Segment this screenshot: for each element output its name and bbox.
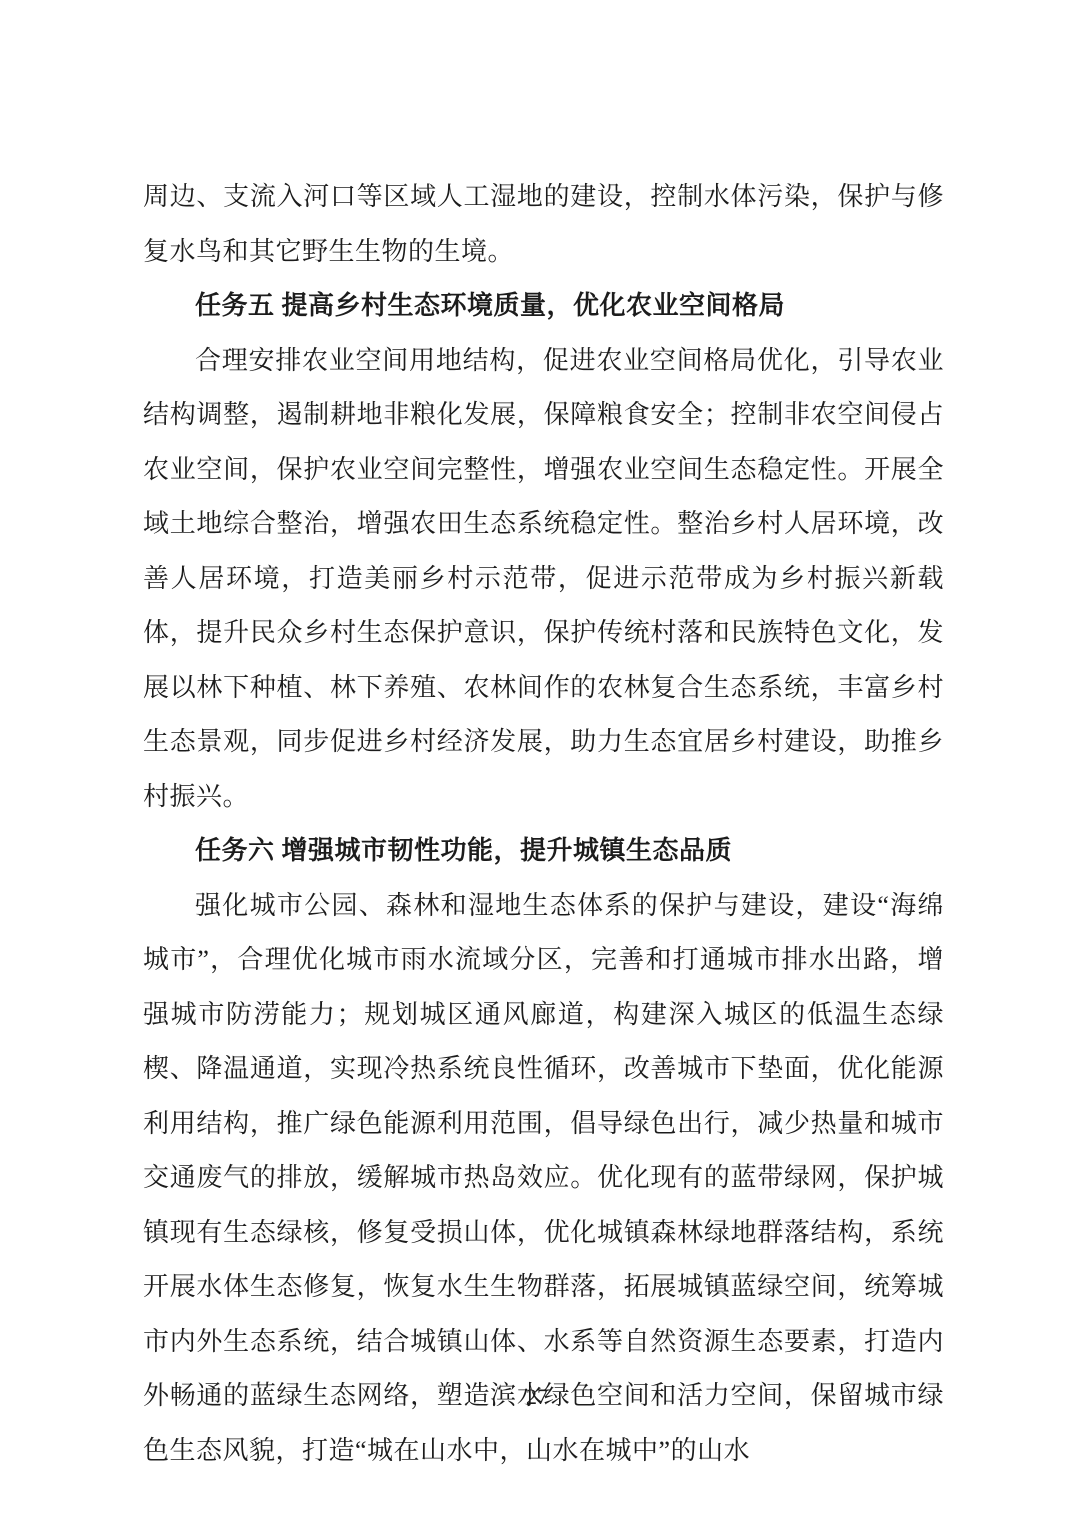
section-heading-task-6: 任务六 增强城市韧性功能，提升城镇生态品质 [143, 824, 944, 879]
paragraph-continuation: 周边、支流入河口等区域人工湿地的建设，控制水体污染，保护与修复水鸟和其它野生生物… [143, 170, 944, 279]
page-number: 27 [0, 1384, 1074, 1410]
paragraph-task-5-body: 合理安排农业空间用地结构，促进农业空间格局优化，引导农业结构调整，遏制耕地非粮化… [143, 334, 944, 825]
document-page: 周边、支流入河口等区域人工湿地的建设，控制水体污染，保护与修复水鸟和其它野生生物… [0, 0, 1074, 1520]
page-content: 周边、支流入河口等区域人工湿地的建设，控制水体污染，保护与修复水鸟和其它野生生物… [143, 170, 944, 1478]
section-heading-task-5: 任务五 提高乡村生态环境质量，优化农业空间格局 [143, 279, 944, 334]
